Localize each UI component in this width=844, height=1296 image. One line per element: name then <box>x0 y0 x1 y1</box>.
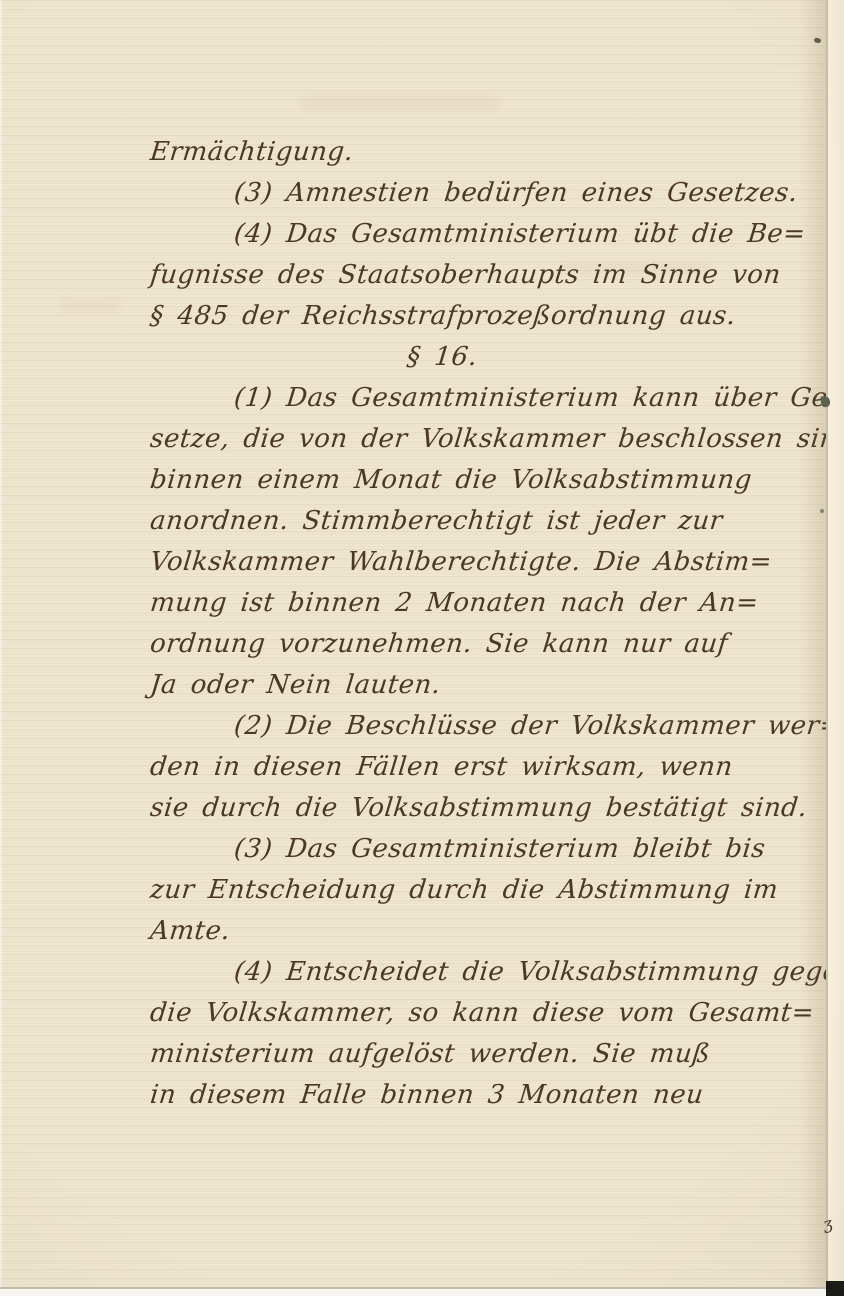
handwritten-text-block: Ermächtigung. (3) Amnestien bedürfen ein… <box>148 132 828 1116</box>
manuscript-line: § 485 der Reichsstrafprozeßordnung aus. <box>148 296 832 337</box>
manuscript-line: zur Entscheidung durch die Abstimmung im <box>148 870 832 911</box>
scanner-background-strip <box>0 1287 844 1296</box>
page-fold-shadow <box>799 0 826 1289</box>
ink-speck <box>820 509 824 513</box>
manuscript-line: in diesem Falle binnen 3 Monaten neu <box>148 1075 832 1116</box>
manuscript-line: setze, die von der Volkskammer beschloss… <box>148 419 832 460</box>
manuscript-line: (1) Das Gesamtministerium kann über Ge= <box>148 378 832 419</box>
manuscript-line: ordnung vorzunehmen. Sie kann nur auf <box>148 624 832 665</box>
manuscript-line: Ermächtigung. <box>148 132 832 173</box>
manuscript-line: die Volkskammer, so kann diese vom Gesam… <box>148 993 832 1034</box>
manuscript-line: (4) Das Gesamtministerium übt die Be= <box>148 214 832 255</box>
show-through-smudge <box>60 300 120 312</box>
manuscript-line: Amte. <box>148 911 832 952</box>
left-page-edge <box>0 0 3 1289</box>
manuscript-line: fugnisse des Staatsoberhaupts im Sinne v… <box>148 255 832 296</box>
manuscript-line: ministerium aufgelöst werden. Sie muß <box>148 1034 832 1075</box>
manuscript-line: den in diesen Fällen erst wirksam, wenn <box>148 747 832 788</box>
manuscript-line: (4) Entscheidet die Volksabstimmung gege… <box>148 952 832 993</box>
manuscript-line: Volkskammer Wahlberechtigte. Die Abstim= <box>148 542 832 583</box>
manuscript-line: (2) Die Beschlüsse der Volkskammer wer= <box>148 706 832 747</box>
manuscript-line: Ja oder Nein lauten. <box>148 665 832 706</box>
show-through-smudge <box>300 96 500 109</box>
manuscript-line: anordnen. Stimmberechtigt ist jeder zur <box>148 501 832 542</box>
section-heading: § 16. <box>148 337 832 378</box>
manuscript-page: Ermächtigung. (3) Amnestien bedürfen ein… <box>0 0 844 1289</box>
manuscript-line: sie durch die Volksabstimmung bestätigt … <box>148 788 832 829</box>
manuscript-line: (3) Das Gesamtministerium bleibt bis <box>148 829 832 870</box>
manuscript-line: (3) Amnestien bedürfen eines Gesetzes. <box>148 173 832 214</box>
manuscript-line: mung ist binnen 2 Monaten nach der An= <box>148 583 832 624</box>
leaf-edge-band <box>828 0 844 1289</box>
manuscript-line: binnen einem Monat die Volksabstimmung <box>148 460 832 501</box>
scan-dark-corner <box>826 1281 844 1296</box>
